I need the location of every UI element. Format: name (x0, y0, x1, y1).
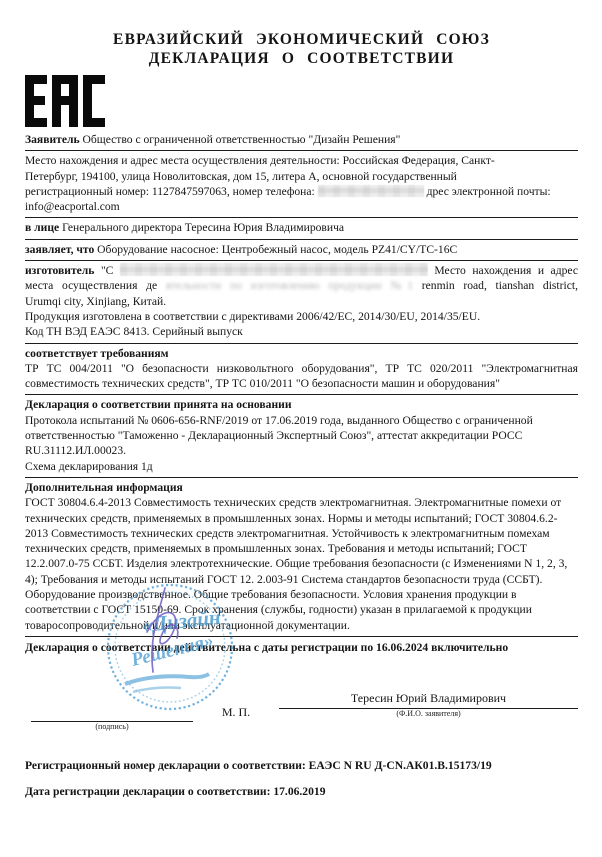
additional-info-section: Дополнительная информация ГОСТ 30804.6.4… (25, 478, 578, 637)
signature-field: (подпись) (31, 691, 193, 732)
basis-text: Протокола испытаний № 0606-656-RNF/2019 … (25, 413, 578, 459)
additional-info-heading: Дополнительная информация (25, 480, 578, 495)
redacted-manufacturer-name (120, 263, 428, 276)
declaration-subject-row: заявляет, что Оборудование насосное: Цен… (25, 240, 578, 261)
representative-value: Генерального директора Тересина Юрия Вла… (62, 221, 344, 234)
address-line: Петербург, 194100, улица Новолитовская, … (25, 169, 578, 184)
manufacturer-line2-tail: renmin road, tianshan district, (422, 279, 578, 292)
representative-label: в лице (25, 221, 59, 234)
additional-info-text: ГОСТ 30804.6.4-2013 Совместимость технич… (25, 495, 578, 633)
applicant-row: Заявитель Общество с ограниченной ответс… (25, 130, 578, 151)
applicant-label: Заявитель (25, 133, 80, 146)
basis-section: Декларация о соответствии принята на осн… (25, 395, 578, 477)
manufacturer-line2: места осуществления де ятельности по изг… (25, 278, 578, 293)
basis-heading: Декларация о соответствии принята на осн… (25, 397, 578, 412)
manufacturer-line3: Urumqi city, Xinjiang, Китай. (25, 294, 578, 309)
document-title-union: ЕВРАЗИЙСКИЙ ЭКОНОМИЧЕСКИЙ СОЮЗ (25, 30, 578, 49)
redacted-manufacturer-activity-text: ятельности по изготовлению продукции №1 (166, 279, 413, 292)
redacted-phone-number (318, 185, 424, 197)
address-line-with-redaction: регистрационный номер: 1127847597063, но… (25, 184, 578, 199)
address-email-value: info@eacportal.com (25, 199, 578, 214)
declaration-scheme: Схема декларирования 1д (25, 459, 578, 474)
eac-mark-logo (25, 75, 578, 127)
representative-row: в лице Генерального директора Тересина Ю… (25, 218, 578, 239)
seal-place-label: М. П. (193, 691, 279, 720)
signature-caption: (подпись) (31, 722, 193, 732)
applicant-name-caption: (Ф.И.О. заявителя) (279, 709, 578, 719)
signature-area: (подпись) М. П. Тересин Юрий Владимирови… (31, 691, 578, 732)
declares-label: заявляет, что (25, 243, 94, 256)
requirements-text: ТР ТС 004/2011 "О безопасности низковоль… (25, 361, 578, 392)
address-phone-prefix: регистрационный номер: 1127847597063, но… (25, 185, 315, 198)
applicant-value: Общество с ограниченной ответственностью… (83, 133, 401, 146)
signature-line (31, 707, 193, 722)
requirements-section: соответствует требованиям ТР ТС 004/2011… (25, 344, 578, 396)
applicant-address-block: Место нахождения и адрес места осуществл… (25, 151, 578, 218)
applicant-name-field: Тересин Юрий Владимирович (Ф.И.О. заявит… (279, 691, 578, 718)
validity-statement: Декларация о соответствии действительна … (25, 637, 578, 657)
registration-date-line: Дата регистрации декларации о соответств… (25, 784, 578, 799)
declaration-document: ЕВРАЗИЙСКИЙ ЭКОНОМИЧЕСКИЙ СОЮЗ ДЕКЛАРАЦИ… (0, 0, 602, 857)
manufacturer-block: изготовитель "С Место нахождения и адрес… (25, 261, 578, 343)
declares-value: Оборудование насосное: Центробежный насо… (97, 243, 457, 256)
manufacturer-label: изготовитель (25, 264, 94, 277)
eac-logo-icon (25, 75, 107, 127)
document-title-declaration: ДЕКЛАРАЦИЯ О СООТВЕТСТВИИ (25, 49, 578, 68)
address-line: Место нахождения и адрес места осуществл… (25, 153, 578, 168)
manufacturer-directives-line: Продукция изготовлена в соответствии с д… (25, 309, 578, 324)
manufacturer-line1: изготовитель "С Место нахождения и адрес (25, 263, 578, 278)
registration-number-line: Регистрационный номер декларации о соотв… (25, 758, 578, 773)
manufacturer-line1-tail: Место нахождения и адрес (434, 264, 578, 277)
requirements-heading: соответствует требованиям (25, 346, 578, 361)
manufacturer-name-prefix: "С (101, 264, 113, 277)
address-email-label: дрес электронной почты: (427, 185, 551, 198)
manufacturer-line2-head: места осуществления де (25, 279, 157, 292)
manufacturer-tnved-line: Код ТН ВЭД ЕАЭС 8413. Серийный выпуск (25, 324, 578, 339)
